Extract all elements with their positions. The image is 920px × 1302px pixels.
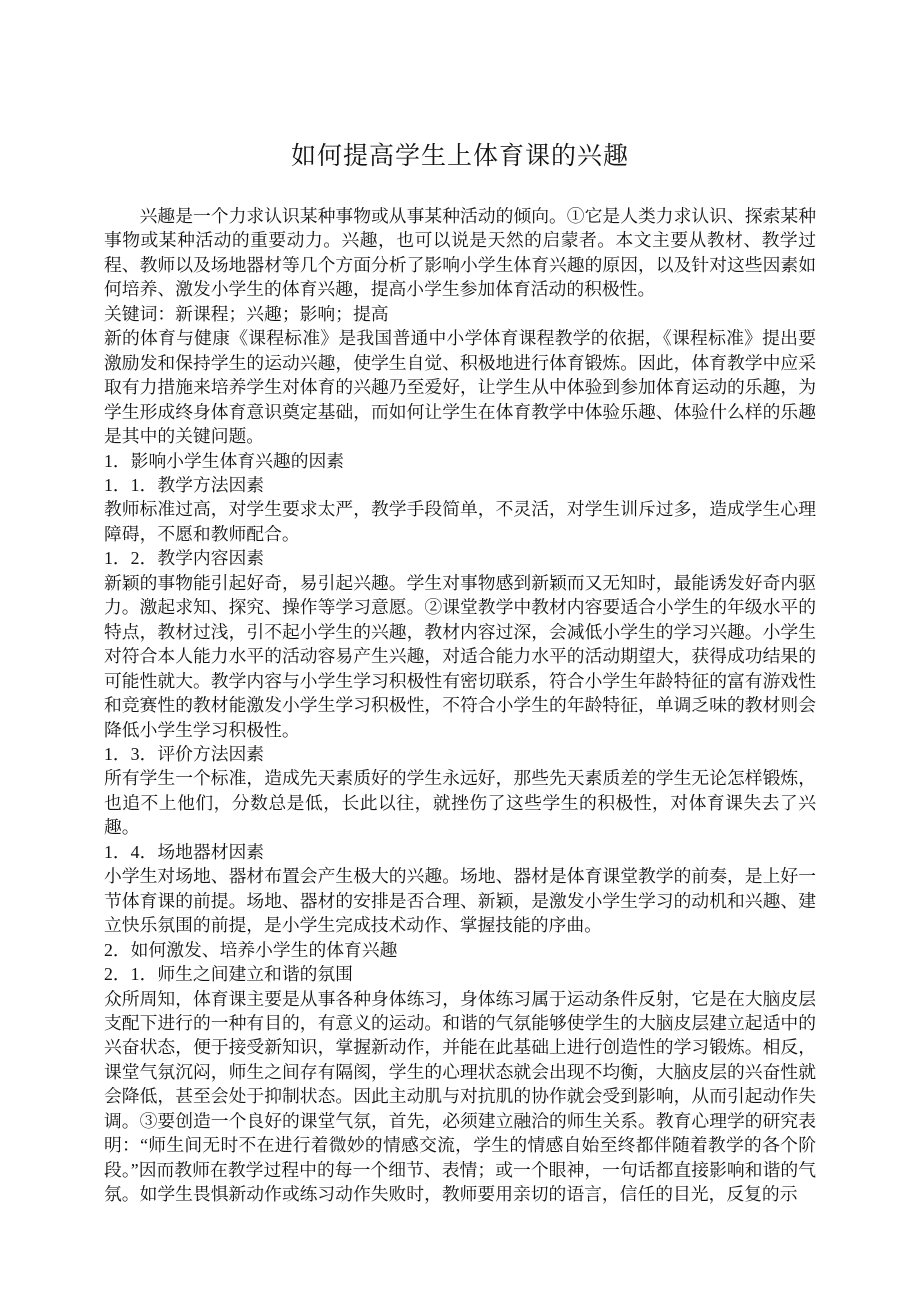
section-heading-2-1: 2．1．师生之间建立和谐的氛围	[104, 962, 816, 986]
section-heading-1-3: 1．3．评价方法因素	[104, 742, 816, 766]
document-title: 如何提高学生上体育课的兴趣	[104, 138, 816, 176]
paragraph-2-1: 众所周知，体育课主要是从事各种身体练习，身体练习属于运动条件反射，它是在大脑皮层…	[104, 987, 816, 1207]
keywords-line: 关键词：新课程；兴趣；影响；提高	[104, 302, 816, 326]
section-heading-1-1: 1．1．教学方法因素	[104, 473, 816, 497]
section-heading-1-2: 1．2．教学内容因素	[104, 546, 816, 570]
paragraph-1-2: 新颖的事物能引起好奇，易引起兴趣。学生对事物感到新颖而又无知时，最能诱发好奇内驱…	[104, 571, 816, 742]
paragraph-intro: 兴趣是一个力求认识某种事物或从事某种活动的倾向。①它是人类力求认识、探索某种事物…	[104, 204, 816, 302]
section-heading-2: 2．如何激发、培养小学生的体育兴趣	[104, 938, 816, 962]
section-heading-1: 1．影响小学生体育兴趣的因素	[104, 449, 816, 473]
paragraph-1-1: 教师标准过高，对学生要求太严，教学手段简单，不灵活，对学生训斥过多，造成学生心理…	[104, 497, 816, 546]
paragraph-1-4: 小学生对场地、器材布置会产生极大的兴趣。场地、器材是体育课堂教学的前奏，是上好一…	[104, 864, 816, 937]
paragraph-background: 新的体育与健康《课程标准》是我国普通中小学体育课程教学的依据，《课程标准》提出要…	[104, 326, 816, 448]
section-heading-1-4: 1．4．场地器材因素	[104, 840, 816, 864]
paragraph-1-3: 所有学生一个标准，造成先天素质好的学生永远好，那些先天素质差的学生无论怎样锻炼，…	[104, 766, 816, 839]
document-page: 如何提高学生上体育课的兴趣 兴趣是一个力求认识某种事物或从事某种活动的倾向。①它…	[0, 0, 920, 1302]
